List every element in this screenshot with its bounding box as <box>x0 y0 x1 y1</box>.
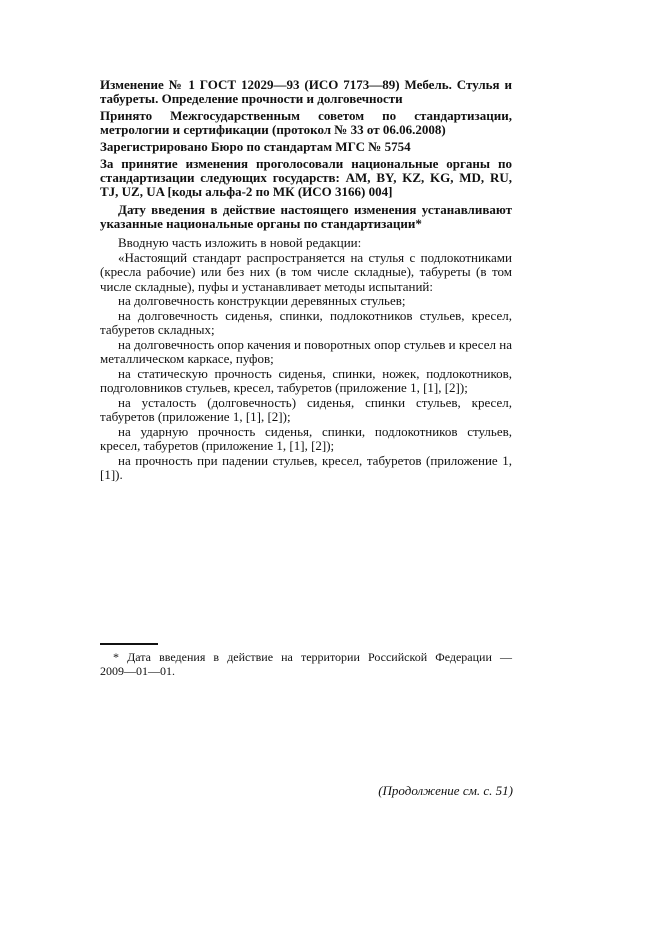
body-paragraph: на статическую прочность сиденья, спинки… <box>100 367 512 396</box>
continuation-note: (Продолжение см. с. 51) <box>378 783 513 799</box>
footnote: * Дата введения в действие на территории… <box>100 643 512 678</box>
footnote-text-line2: 2009—01—01. <box>100 664 512 678</box>
body-paragraph: на долговечность конструкции деревянных … <box>100 294 512 309</box>
page-content: Изменение № 1 ГОСТ 12029—93 (ИСО 7173—89… <box>100 78 512 483</box>
body-paragraph: на долговечность опор качения и поворотн… <box>100 338 512 367</box>
footnote-text-line1: * Дата введения в действие на территории… <box>100 650 512 664</box>
body-paragraph: на прочность при падении стульев, кресел… <box>100 454 512 483</box>
adopted-paragraph: Принято Межгосударственным советом по ст… <box>100 109 512 137</box>
body-paragraph: на ударную прочность сиденья, спинки, по… <box>100 425 512 454</box>
footnote-rule <box>100 643 158 645</box>
effective-date-paragraph: Дату введения в действие настоящего изме… <box>100 203 512 231</box>
voted-paragraph: За принятие изменения проголосовали наци… <box>100 157 512 199</box>
registered-paragraph: Зарегистрировано Бюро по стандартам МГС … <box>100 140 512 154</box>
body-paragraph: на усталость (долговечность) сиденья, сп… <box>100 396 512 425</box>
body-paragraph: «Настоящий стандарт распространяется на … <box>100 251 512 295</box>
body-paragraph: на долговечность сиденья, спинки, подлок… <box>100 309 512 338</box>
document-page: Изменение № 1 ГОСТ 12029—93 (ИСО 7173—89… <box>0 0 661 936</box>
amendment-title: Изменение № 1 ГОСТ 12029—93 (ИСО 7173—89… <box>100 78 512 106</box>
body-paragraph: Вводную часть изложить в новой редакции: <box>100 236 512 251</box>
